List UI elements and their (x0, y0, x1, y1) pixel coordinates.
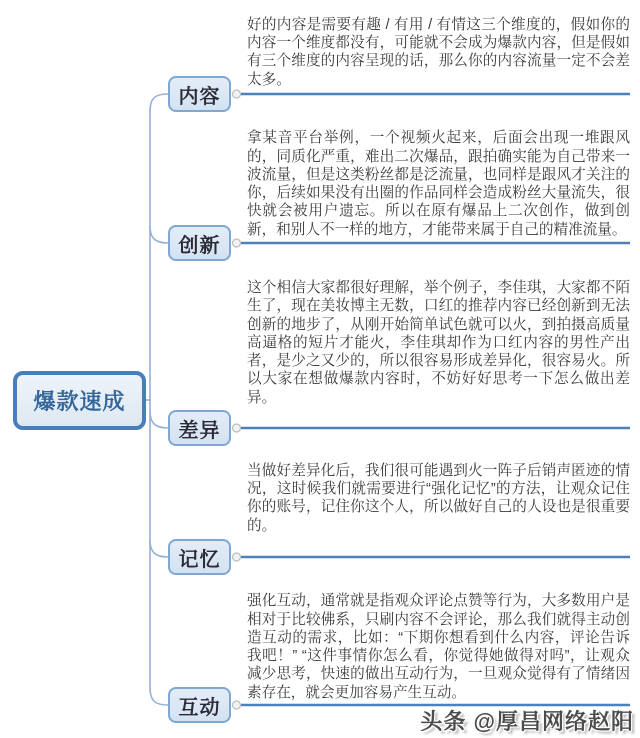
branch-node-label: 差异 (179, 414, 221, 443)
spine-connector (150, 94, 168, 705)
branch-node-memory[interactable]: 记忆 (168, 539, 231, 575)
branch-handle-dot[interactable] (233, 90, 241, 98)
branch-topic-text-content[interactable]: 好的内容是需要有趣 / 有用 / 有情这三个维度的，假如你的内容一个维度都没有，… (247, 16, 630, 89)
branch-connector-difference (150, 411, 168, 428)
branch-node-content[interactable]: 内容 (168, 76, 231, 112)
branch-topic-text-innovation[interactable]: 拿某音平台举例，一个视频火起来，后面会出现一堆跟风的，同质化严重，难出二次爆品，… (247, 129, 630, 239)
branch-node-interaction[interactable]: 互动 (168, 687, 231, 723)
branch-node-label: 内容 (179, 80, 221, 109)
root-node-label: 爆款速成 (33, 385, 125, 416)
branch-topic-text-memory[interactable]: 当做好差异化后，我们很可能遇到火一阵子后销声匿迹的情况，这时候我们就需要进行“强… (247, 462, 630, 535)
branch-handle-dot[interactable] (233, 424, 241, 432)
watermark-text: 头条 @厚昌网络赵阳 (420, 705, 634, 736)
root-node[interactable]: 爆款速成 (13, 371, 146, 430)
branch-node-innovation[interactable]: 创新 (168, 225, 231, 261)
mindmap-canvas: 爆款速成 内容 创新 差异 记忆 互动 好的内容是需要有趣 / 有用 / 有情这… (0, 0, 640, 738)
branch-handle-dot[interactable] (233, 701, 241, 709)
branch-node-difference[interactable]: 差异 (168, 410, 231, 446)
branch-connector-memory (150, 540, 168, 557)
branch-connector-innovation (150, 226, 168, 243)
branch-handle-dot[interactable] (233, 553, 241, 561)
branch-node-label: 互动 (179, 691, 221, 720)
branch-topic-text-interaction[interactable]: 强化互动，通常就是指观众评论点赞等行为，大多数用户是相对于比较佛系，只刷内容不会… (247, 592, 630, 702)
branch-topic-text-difference[interactable]: 这个相信大家都很好理解，举个例子，李佳琪，大家都不陌生了，现在美妆博主无数，口红… (247, 279, 630, 407)
branch-node-label: 创新 (179, 229, 221, 258)
branch-node-label: 记忆 (179, 543, 221, 572)
branch-handle-dot[interactable] (233, 239, 241, 247)
